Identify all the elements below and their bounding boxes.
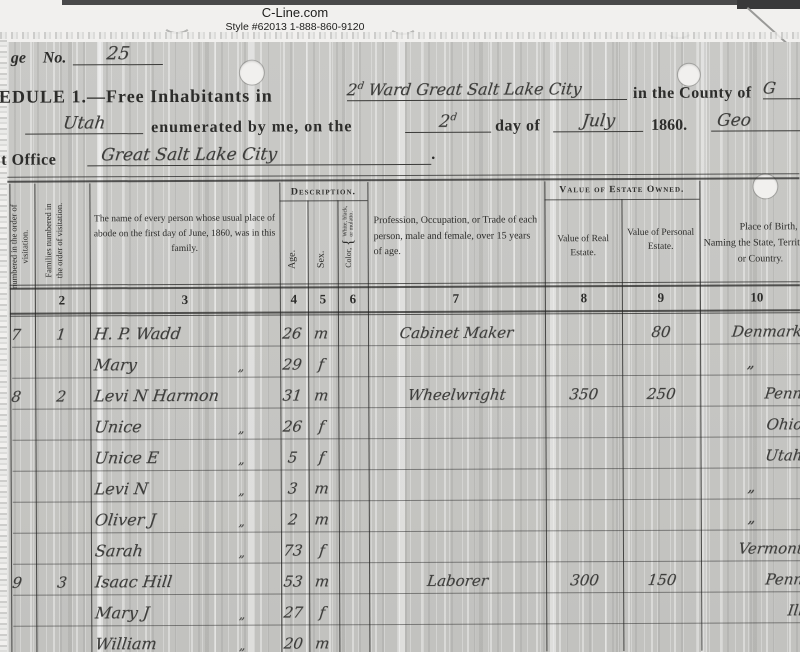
table-row: Unice„26fOhio [0,405,800,439]
cell-family: 1 [35,325,87,343]
table-row: 93Isaac Hill53mLaborer300150Penn [1,560,800,594]
cell-dwelling: 8 [1,388,31,406]
cell-sex: m [306,634,338,652]
cell-sex: m [306,572,338,590]
cell-dwelling: 7 [1,326,31,344]
day-entry: 2d [405,112,491,133]
state-entry: Utah [25,113,143,135]
color-brace: { [341,239,357,246]
cell-age: 5 [278,448,308,466]
document-content: ge No. 25 EDULE 1.—Free Inhabitants in 2… [0,0,800,652]
birthplace-header-line2: Naming the State, Territory, [704,235,800,252]
birthplace-header-line1: Place of Birth, [704,219,800,236]
cell-sex: f [306,448,338,466]
cell-ditto: „ [238,484,264,498]
table-row: 82Levi N Harmon31mWheelwright350250Penn [0,374,800,408]
personal-estate-column-header: Value of Personal Estate. [624,226,698,255]
cell-sex: f [305,355,337,373]
cell-age: 2 [278,510,308,528]
column-number: 4 [279,291,309,307]
cell-name: Mary J [94,603,246,623]
column-number: 2 [47,292,77,308]
age-column-header: Age. [287,239,301,279]
table-row: William„20m [1,622,800,652]
cell-ditto: „ [237,360,263,374]
cell-birthplace: Penn [699,384,800,402]
table-row: 71H. P. Wadd26mCabinet Maker80Denmark [0,312,800,346]
column-number: 5 [308,291,338,307]
year-label: 1860. [651,117,687,135]
cell-sex: m [306,510,338,528]
cell-birthplace: „ [700,508,800,526]
real-estate-column-header: Value of Real Estate. [547,232,620,261]
table-row: Oliver J„2m„ [1,498,800,532]
dwelling-column-header: numbered in the order of visitation. [8,201,34,293]
punch-hole [240,61,264,85]
cell-birthplace: Vermont [700,539,800,557]
table-row: Mary J„27fIll [1,591,800,625]
table-row: Unice E„5fUtah [0,436,800,470]
post-office-value: Great Salt Lake City [100,145,278,166]
cell-ditto: „ [239,639,265,652]
cell-name: Isaac Hill [94,572,246,592]
ward-entry: 2d Ward Great Salt Lake City [347,79,627,101]
schedule-title: EDULE 1.—Free Inhabitants in [0,86,273,108]
cell-name: Unice [93,417,245,437]
cell-name: William [94,634,246,652]
post-office-label: t Office [1,151,56,169]
cell-real: 300 [547,571,622,589]
cell-birthplace: Utah [700,446,800,464]
birthplace-header-line3: or Country. [704,251,800,268]
cell-dwelling: 9 [2,574,32,592]
cell-ditto: „ [238,546,264,560]
grid-line [7,177,799,182]
page-number: 25 [105,43,130,64]
ward-value: 2d Ward Great Salt Lake City [346,79,583,99]
cell-birthplace: Penn [700,570,800,588]
cell-age: 29 [277,355,307,373]
color-column-header: Color, { White, black, or mulatto. [339,194,365,276]
column-number: 3 [170,292,200,308]
sex-column-header: Sex. [316,239,330,279]
punch-hole [678,64,700,86]
cell-occupation: Cabinet Maker [369,323,544,342]
color-label: Color, [344,248,353,268]
table-row: Sarah„73fVermont [1,529,800,563]
cell-birthplace: Ohio [699,415,800,433]
cell-age: 26 [277,417,307,435]
cell-name: Oliver J [94,510,246,530]
cell-name: Sarah [94,541,246,561]
state-value: Utah [62,113,107,133]
table-grid-lines [0,0,799,2]
cell-family: 3 [36,573,88,591]
cell-age: 27 [278,603,308,621]
cell-name: Levi N [94,479,246,499]
table-row: Levi N„3m„ [1,467,800,501]
enumerator-entry: Geo [711,110,800,131]
cell-name: Mary [93,355,245,375]
cell-name: Levi N Harmon [93,386,245,406]
cell-ditto: „ [238,422,264,436]
month-value: July [581,111,616,131]
name-column-header: The name of every person whose usual pla… [94,212,276,258]
column-number: 8 [569,290,599,306]
cell-age: 26 [277,324,307,342]
cell-sex: f [306,541,338,559]
page-no-label: No. [43,49,67,67]
profession-column-header: Profession, Occupation, or Trade of each… [374,212,540,259]
cell-family: 2 [35,387,87,405]
column-number: 10 [742,289,772,305]
cell-personal: 80 [623,323,699,341]
cell-personal: 250 [623,385,699,403]
cell-ditto: „ [238,515,264,529]
cell-personal: 150 [624,571,700,589]
cell-age: 20 [278,634,308,652]
county-label: in the County of [633,84,752,103]
cell-birthplace: Denmark [699,322,800,340]
cell-ditto: „ [238,608,264,622]
cell-occupation: Wheelwright [369,385,544,404]
birthplace-column-header: Place of Birth, Naming the State, Territ… [704,219,800,268]
cell-real: 350 [546,385,621,403]
cell-birthplace: Ill [700,601,800,619]
enumerated-label: enumerated by me, on the [151,118,352,137]
cell-name: H. P. Wadd [93,324,245,344]
cell-name: Unice E [93,448,245,468]
cell-sex: f [305,417,337,435]
cell-age: 31 [277,386,307,404]
cell-age: 73 [278,541,308,559]
enumerator-name-partial: Geo [716,110,752,130]
table-body: 71H. P. Wadd26mCabinet Maker80DenmarkMar… [0,0,799,2]
post-office-entry: Great Salt Lake City [87,144,431,167]
month-entry: July [553,111,643,132]
cell-ditto: „ [238,453,264,467]
cell-age: 53 [278,572,308,590]
color-detail: White, black, or mulatto. [342,203,355,237]
cell-age: 3 [278,479,308,497]
page-number-underline: 25 [73,43,163,65]
cell-birthplace: „ [699,353,800,371]
cell-sex: m [306,479,338,497]
column-number: 7 [441,291,471,307]
cell-birthplace: „ [700,477,800,495]
column-number: 6 [338,291,368,307]
day-value: 2d [438,112,458,132]
cell-sex: m [305,324,337,342]
county-partial: G [762,78,777,97]
day-of-label: day of [495,117,540,135]
column-number: 9 [646,290,676,306]
page-label-prefix: ge [11,50,26,68]
cell-sex: m [305,386,337,404]
estate-group-header: Value of Estate Owned. [544,185,699,196]
table-row: Mary„29f„ [0,343,800,377]
cell-sex: f [306,603,338,621]
cell-occupation: Laborer [370,571,545,590]
scan-of-census-page-in-sleeve: C-Line.com Style #62013 1-888-860-9120 g… [0,0,800,652]
county-entry: G [763,78,800,99]
families-column-header: Families numbered in the order of visita… [43,200,81,281]
period: . [431,146,435,163]
